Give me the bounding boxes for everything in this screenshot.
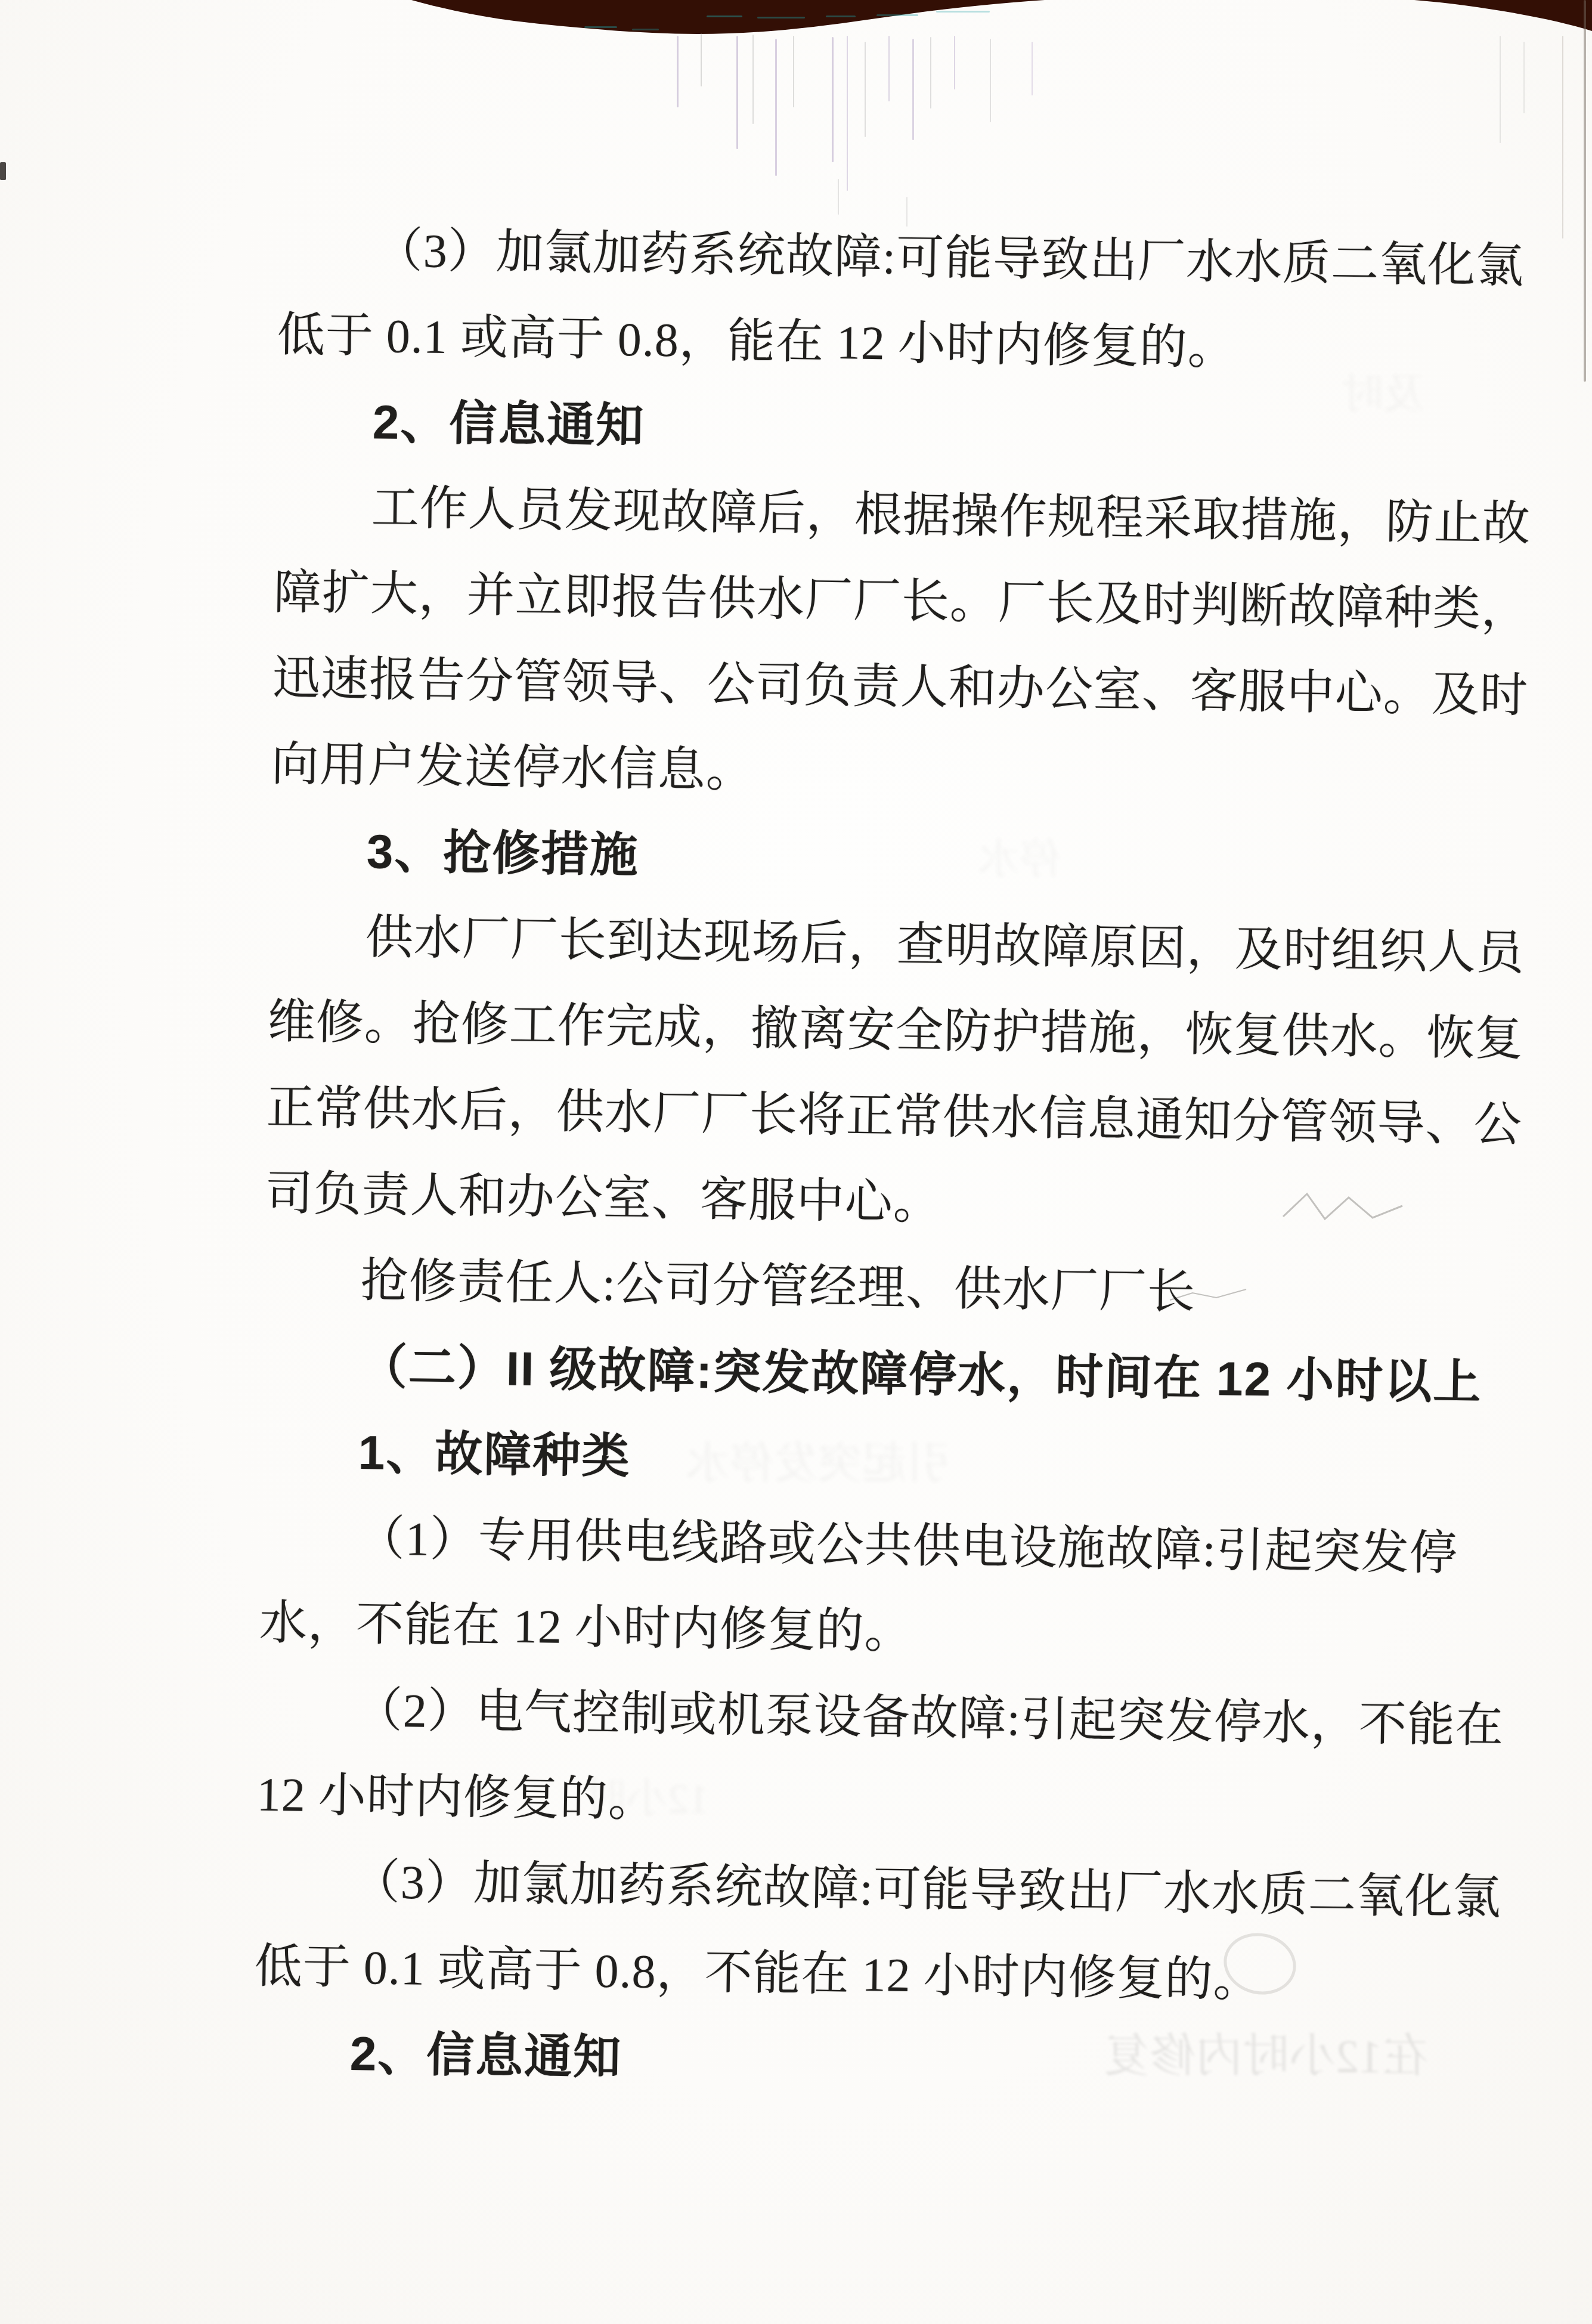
scanner-streak [936,11,990,13]
scanner-streak [1562,36,1563,239]
scanner-streak [847,36,848,191]
scanner-streak [876,14,918,16]
scanner-streak [930,37,931,109]
scanner-streak [838,179,839,215]
document-text: （3）加氯加药系统故障:可能导致出厂水水质二氧化氯低于 0.1 或高于 0.8，… [253,206,1537,2113]
scanner-streak [1500,36,1501,143]
scanner-streak [888,36,890,101]
scanner-streak [1523,42,1525,113]
scanner-streak [832,37,834,162]
scanner-streak [584,26,617,28]
scanner-streak [990,39,991,122]
scanner-streak [0,162,6,180]
scanner-streak [1032,42,1033,95]
page-background: 在12小时内修复引起突发停水及时停水12小时 （3）加氯加药系统故障:可能导致出… [0,0,1592,2324]
scanner-streak [701,33,702,86]
scanner-streak [954,36,955,89]
scanner-streak [1584,0,1586,382]
scanner-streak [793,36,794,107]
scanner-streak [752,35,754,124]
scanner-streak [826,16,856,17]
scan-artifact-top-band [0,0,1592,95]
scanned-document-page: { "document": { "language": "zh-CN", "li… [0,0,1592,2324]
scanner-streak [632,29,659,30]
heading-line: 2、信息通知 [253,2010,1512,2113]
scanner-streak [736,36,738,149]
scanner-streak [707,16,742,17]
scanner-streak [775,39,777,176]
scanner-streak [865,42,866,137]
scanner-streak [912,39,914,140]
scanner-streak [757,17,805,18]
scan-band-right-wedge [1414,0,1592,31]
scanner-streak [677,36,679,107]
